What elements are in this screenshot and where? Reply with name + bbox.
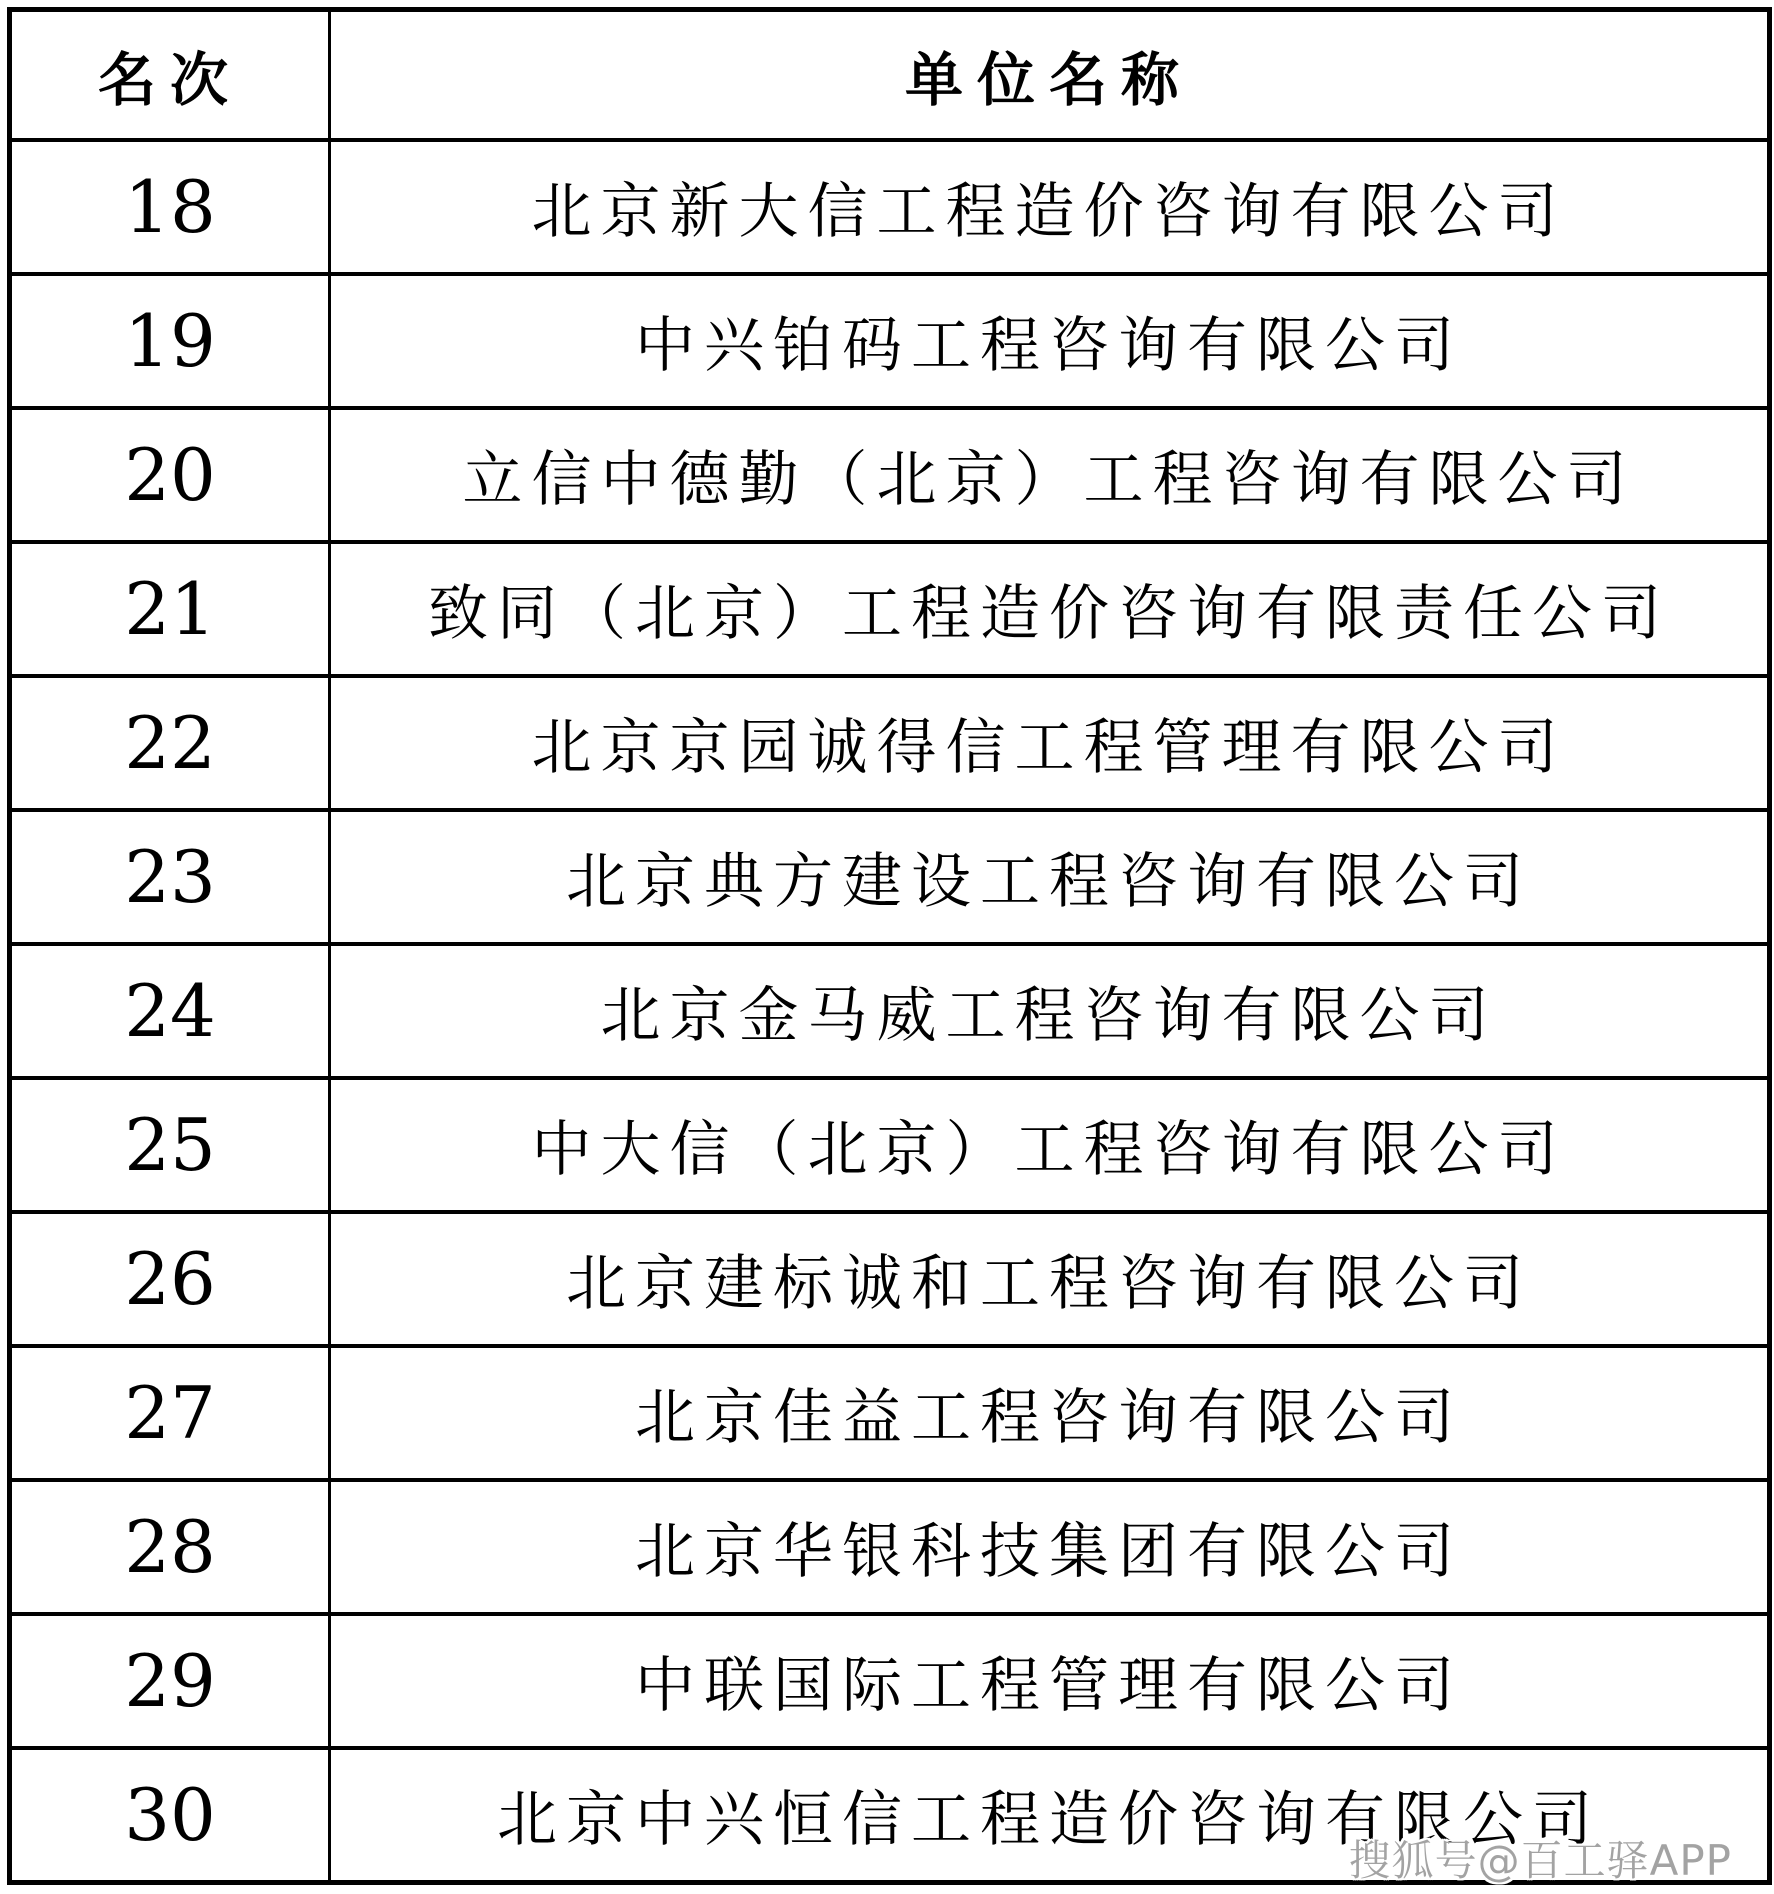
rank-cell: 28 xyxy=(10,1480,330,1614)
header-unit-name: 单位名称 xyxy=(330,10,1770,141)
table-row: 20 立信中德勤（北京）工程咨询有限公司 xyxy=(10,408,1770,542)
ranking-table: 名次 单位名称 18 北京新大信工程造价咨询有限公司 19 中兴铂码工程咨询有限… xyxy=(7,7,1772,1885)
unit-name-cell: 北京佳益工程咨询有限公司 xyxy=(330,1346,1770,1480)
unit-name-cell: 北京建标诚和工程咨询有限公司 xyxy=(330,1212,1770,1346)
table-row: 18 北京新大信工程造价咨询有限公司 xyxy=(10,140,1770,274)
rank-cell: 21 xyxy=(10,542,330,676)
table-row: 19 中兴铂码工程咨询有限公司 xyxy=(10,274,1770,408)
rank-cell: 24 xyxy=(10,944,330,1078)
table-body: 18 北京新大信工程造价咨询有限公司 19 中兴铂码工程咨询有限公司 20 立信… xyxy=(10,140,1770,1883)
rank-cell: 30 xyxy=(10,1748,330,1883)
rank-cell: 26 xyxy=(10,1212,330,1346)
unit-name-cell: 北京京园诚得信工程管理有限公司 xyxy=(330,676,1770,810)
table-header-row: 名次 单位名称 xyxy=(10,10,1770,141)
unit-name-cell: 中兴铂码工程咨询有限公司 xyxy=(330,274,1770,408)
unit-name-cell: 中联国际工程管理有限公司 xyxy=(330,1614,1770,1748)
rank-cell: 27 xyxy=(10,1346,330,1480)
rank-cell: 18 xyxy=(10,140,330,274)
ranking-table-container: 名次 单位名称 18 北京新大信工程造价咨询有限公司 19 中兴铂码工程咨询有限… xyxy=(7,7,1767,1885)
rank-cell: 23 xyxy=(10,810,330,944)
sohu-watermark: 搜狐号@百工驿APP xyxy=(1349,1828,1732,1888)
rank-cell: 29 xyxy=(10,1614,330,1748)
table-row: 27 北京佳益工程咨询有限公司 xyxy=(10,1346,1770,1480)
table-row: 28 北京华银科技集团有限公司 xyxy=(10,1480,1770,1614)
unit-name-cell: 北京新大信工程造价咨询有限公司 xyxy=(330,140,1770,274)
table-row: 25 中大信（北京）工程咨询有限公司 xyxy=(10,1078,1770,1212)
table-row: 23 北京典方建设工程咨询有限公司 xyxy=(10,810,1770,944)
table-row: 21 致同（北京）工程造价咨询有限责任公司 xyxy=(10,542,1770,676)
unit-name-cell: 致同（北京）工程造价咨询有限责任公司 xyxy=(330,542,1770,676)
rank-cell: 25 xyxy=(10,1078,330,1212)
rank-cell: 20 xyxy=(10,408,330,542)
table-row: 22 北京京园诚得信工程管理有限公司 xyxy=(10,676,1770,810)
header-rank: 名次 xyxy=(10,10,330,141)
table-row: 29 中联国际工程管理有限公司 xyxy=(10,1614,1770,1748)
table-row: 24 北京金马威工程咨询有限公司 xyxy=(10,944,1770,1078)
unit-name-cell: 北京典方建设工程咨询有限公司 xyxy=(330,810,1770,944)
table-row: 26 北京建标诚和工程咨询有限公司 xyxy=(10,1212,1770,1346)
unit-name-cell: 立信中德勤（北京）工程咨询有限公司 xyxy=(330,408,1770,542)
unit-name-cell: 中大信（北京）工程咨询有限公司 xyxy=(330,1078,1770,1212)
rank-cell: 22 xyxy=(10,676,330,810)
unit-name-cell: 北京华银科技集团有限公司 xyxy=(330,1480,1770,1614)
unit-name-cell: 北京金马威工程咨询有限公司 xyxy=(330,944,1770,1078)
rank-cell: 19 xyxy=(10,274,330,408)
